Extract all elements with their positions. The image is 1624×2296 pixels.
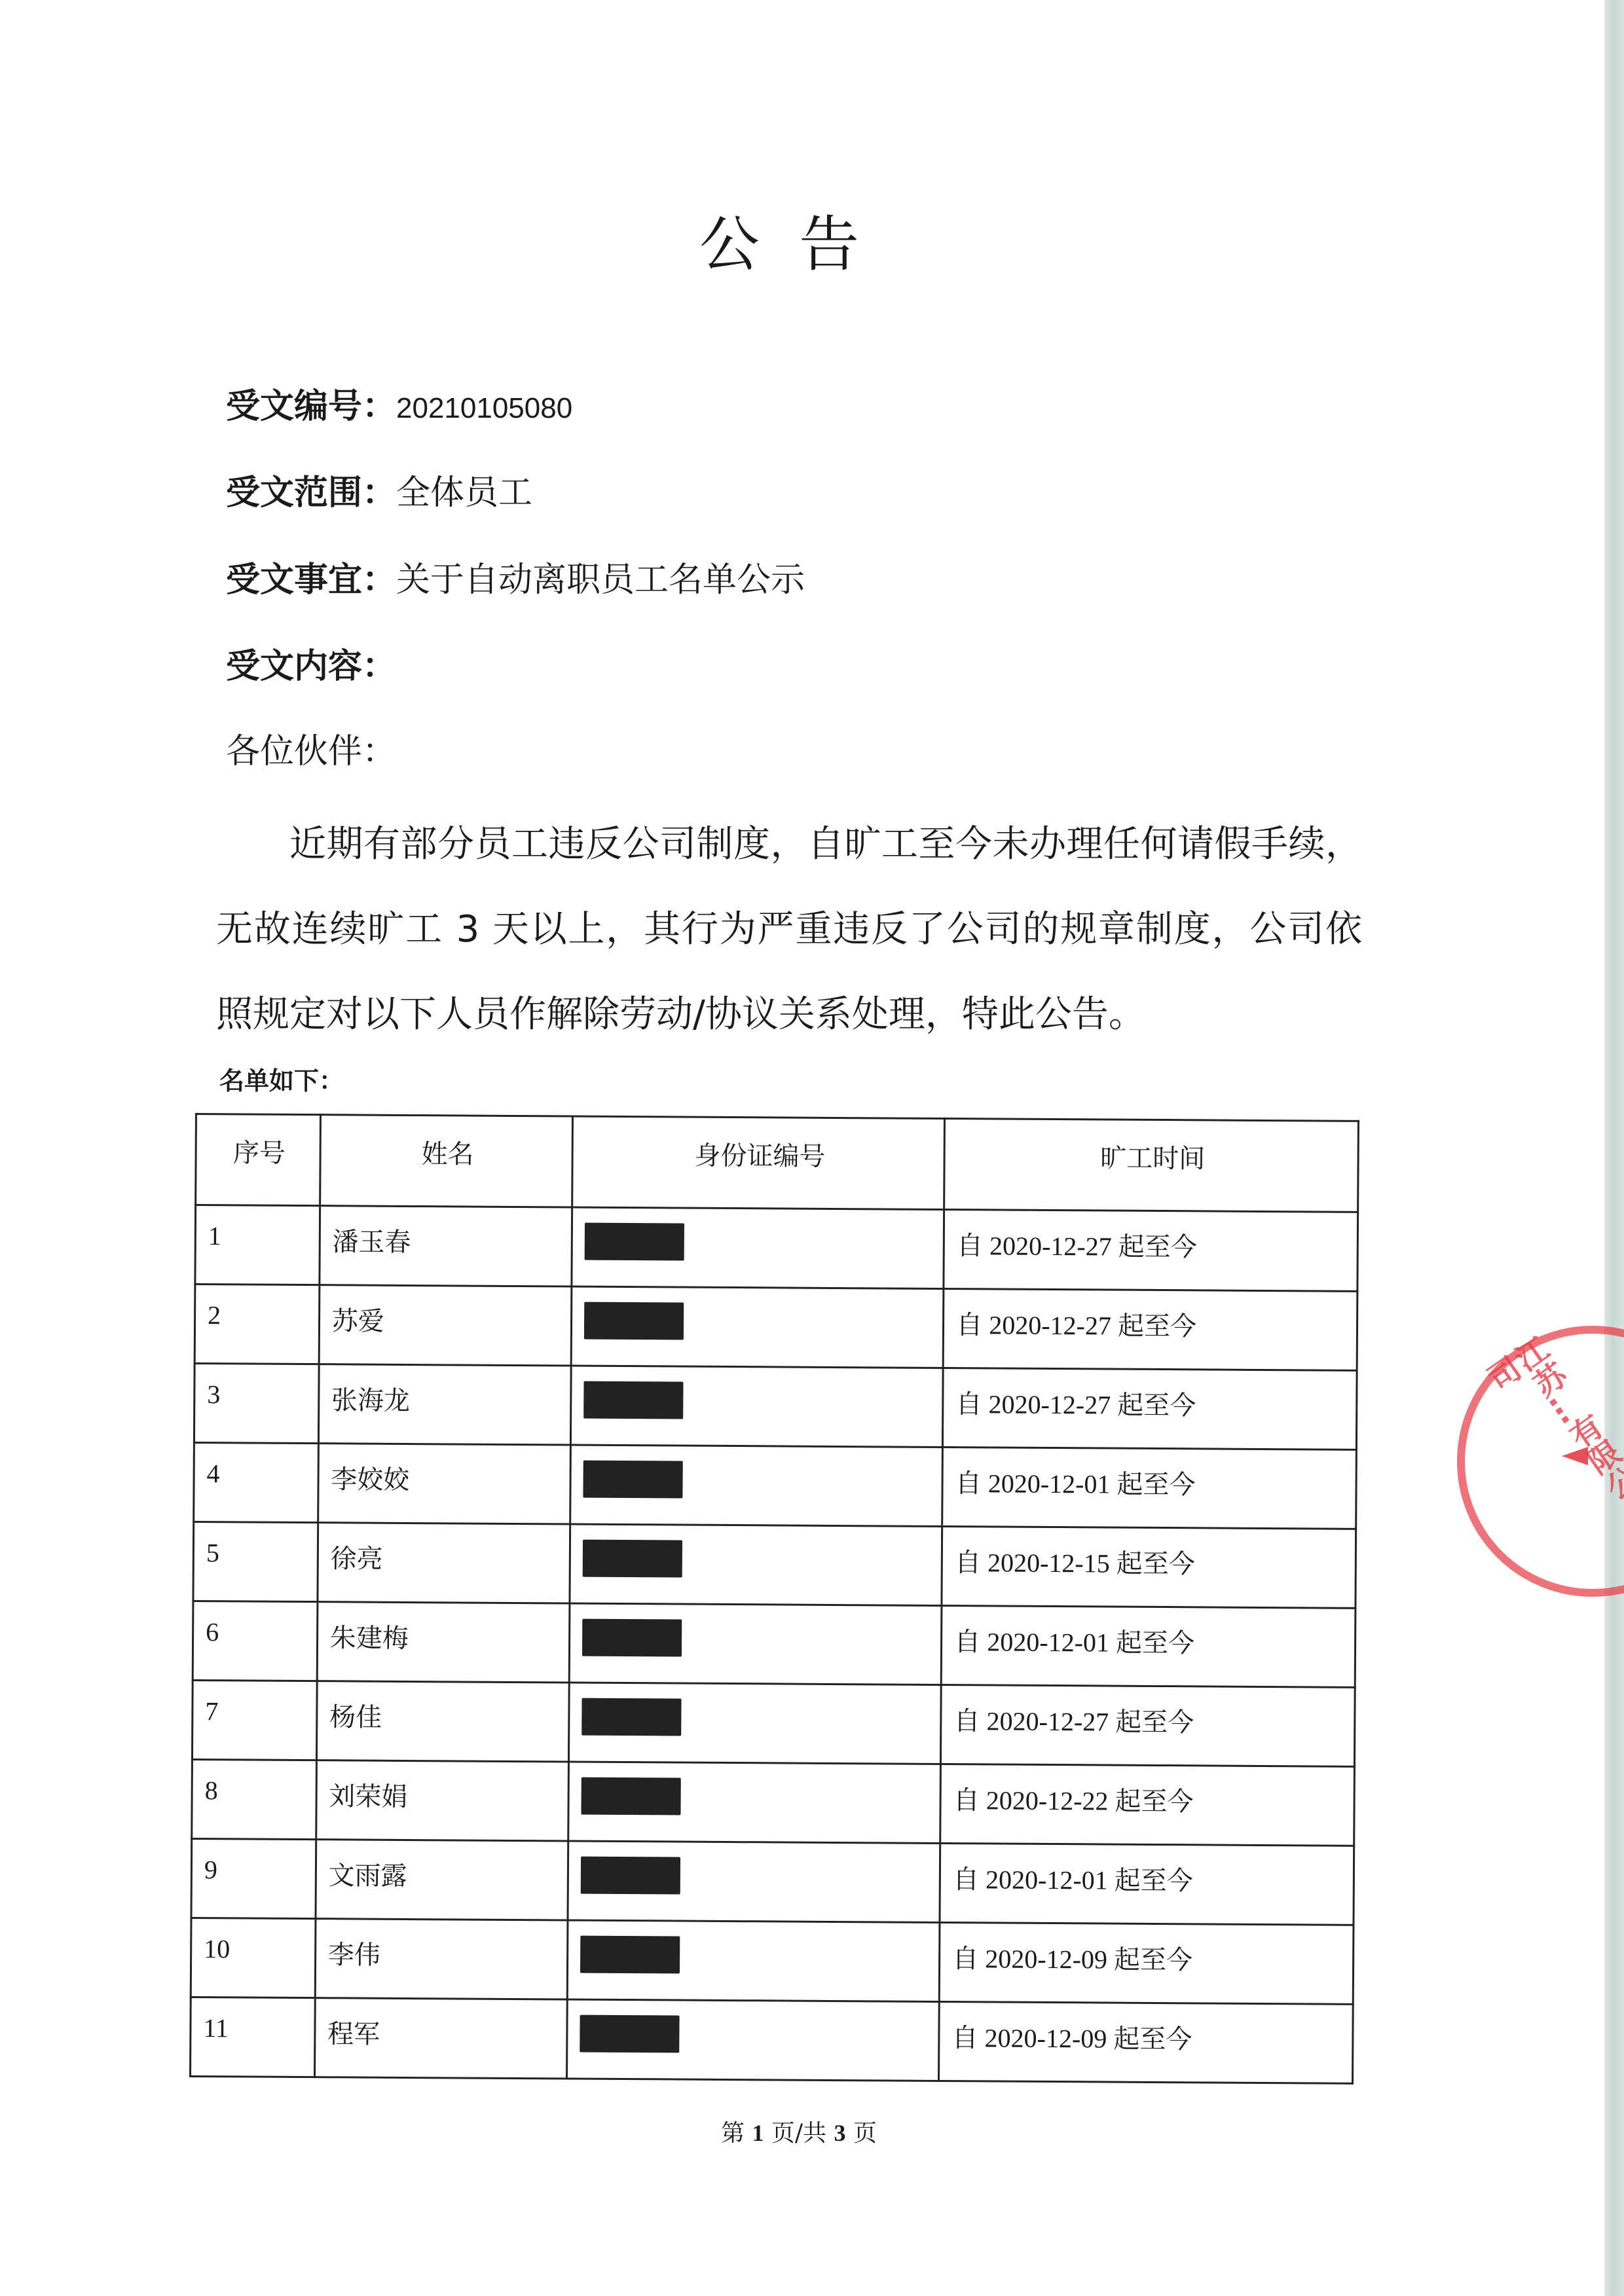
scan-edge-strip — [1604, 0, 1624, 2296]
cell-name-text: 程军 — [327, 2019, 380, 2049]
cell-no: 1 — [195, 1205, 320, 1285]
meta-number: 受文编号：20210105080 — [226, 378, 572, 428]
cell-no: 10 — [191, 1918, 315, 1997]
cell-id-number-text: [已隐去] — [582, 1619, 682, 1657]
cell-no: 5 — [193, 1522, 318, 1601]
cell-absence: 自 2020-12-27 起至今 — [943, 1288, 1357, 1370]
document-title: 公告 — [0, 196, 1598, 283]
cell-id-number-text: [已隐去] — [583, 1540, 682, 1578]
employee-table: 序号 姓名 身份证编号 旷工时间 1潘玉春[已隐去]自 2020-12-27 起… — [189, 1113, 1359, 2085]
cell-no: 8 — [192, 1759, 316, 1839]
cell-name-text: 苏爱 — [332, 1306, 384, 1336]
cell-name-text: 张海龙 — [331, 1385, 410, 1415]
cell-name-text: 朱建梅 — [330, 1623, 409, 1653]
cell-no: 2 — [194, 1285, 319, 1364]
cell-no-text: 11 — [203, 2013, 229, 2043]
cell-absence-text: 自 2020-12-27 起至今 — [956, 1310, 1196, 1341]
meta-scope: 受文范围：全体员工 — [226, 465, 532, 514]
cell-id-number: [已隐去] — [571, 1366, 944, 1447]
cell-name: 程军 — [314, 1998, 567, 2079]
cell-id-number-text: [已隐去] — [581, 1857, 680, 1895]
header-absence: 旷工时间 — [944, 1118, 1359, 1212]
cell-absence-text: 自 2020-12-27 起至今 — [955, 1389, 1196, 1420]
cell-name: 李姣姣 — [318, 1444, 570, 1524]
cell-id-number-text: [已隐去] — [580, 1936, 680, 1974]
footer-suffix: 页 — [853, 2120, 877, 2147]
cell-id-number: [已隐去] — [568, 1762, 941, 1843]
header-id-number: 身份证编号 — [572, 1116, 945, 1209]
cell-no-text: 7 — [205, 1696, 218, 1726]
header-no: 序号 — [196, 1114, 321, 1206]
cell-absence-text: 自 2020-12-01 起至今 — [953, 1865, 1193, 1895]
header-name: 姓名 — [320, 1115, 572, 1207]
meta-scope-label: 受文范围： — [226, 473, 396, 513]
body-paragraph: 近期有部分员工违反公司制度，自旷工至今未办理任何请假手续，无故连续旷工 3 天以… — [216, 802, 1362, 1057]
cell-absence-text: 自 2020-12-27 起至今 — [957, 1231, 1197, 1262]
cell-name-text: 文雨露 — [328, 1861, 407, 1891]
footer-total: 3 — [834, 2120, 846, 2146]
cell-id-number: [已隐去] — [568, 1841, 940, 1922]
table-row: 10李伟[已隐去]自 2020-12-09 起至今 — [191, 1918, 1354, 2004]
meta-subject-label: 受文事宜： — [226, 560, 396, 600]
cell-no-text: 4 — [206, 1459, 219, 1488]
cell-no: 3 — [194, 1364, 318, 1444]
cell-absence-text: 自 2020-12-09 起至今 — [952, 1944, 1192, 1975]
cell-id-number: [已隐去] — [570, 1445, 943, 1526]
cell-name-text: 李伟 — [328, 1940, 380, 1969]
cell-no-text: 2 — [208, 1300, 221, 1330]
cell-absence: 自 2020-12-22 起至今 — [940, 1764, 1354, 1846]
meta-content: 受文内容： — [226, 638, 396, 687]
cell-absence: 自 2020-12-01 起至今 — [940, 1843, 1354, 1925]
cell-name: 杨佳 — [316, 1681, 569, 1762]
cell-absence: 自 2020-12-27 起至今 — [944, 1209, 1357, 1291]
table-row: 4李姣姣[已隐去]自 2020-12-01 起至今 — [194, 1442, 1357, 1529]
cell-name: 徐亮 — [318, 1523, 570, 1603]
meta-scope-value: 全体员工 — [396, 473, 532, 513]
cell-absence-text: 自 2020-12-01 起至今 — [954, 1627, 1194, 1658]
meta-subject: 受文事宜：关于自动离职员工名单公示 — [226, 552, 805, 601]
meta-number-value: 20210105080 — [396, 392, 572, 424]
cell-no-text: 10 — [204, 1934, 230, 1963]
table-body: 1潘玉春[已隐去]自 2020-12-27 起至今2苏爱[已隐去]自 2020-… — [191, 1205, 1358, 2084]
cell-absence-text: 自 2020-12-22 起至今 — [953, 1785, 1194, 1816]
cell-id-number-text: [已隐去] — [585, 1223, 684, 1261]
cell-name-text: 刘荣娟 — [329, 1781, 407, 1812]
greeting: 各位伙伴： — [226, 723, 396, 773]
cell-no-text: 1 — [208, 1221, 221, 1250]
meta-number-label: 受文编号： — [226, 387, 396, 426]
table-header-row: 序号 姓名 身份证编号 旷工时间 — [196, 1114, 1359, 1212]
footer-page: 1 — [752, 2120, 764, 2146]
cell-absence: 自 2020-12-01 起至今 — [941, 1605, 1355, 1687]
cell-no: 6 — [193, 1601, 317, 1681]
meta-subject-value: 关于自动离职员工名单公示 — [396, 560, 805, 600]
cell-id-number: [已隐去] — [568, 1920, 940, 2001]
page-footer: 第 1 页/共 3 页 — [0, 2115, 1598, 2148]
cell-absence-text: 自 2020-12-09 起至今 — [952, 2023, 1192, 2054]
cell-name-text: 徐亮 — [330, 1544, 382, 1573]
meta-content-label: 受文内容： — [226, 647, 396, 686]
table-row: 6朱建梅[已隐去]自 2020-12-01 起至今 — [193, 1601, 1356, 1687]
cell-id-number: [已隐去] — [569, 1683, 942, 1764]
cell-no-text: 3 — [207, 1379, 220, 1409]
table-row: 3张海龙[已隐去]自 2020-12-27 起至今 — [194, 1364, 1357, 1450]
cell-id-number: [已隐去] — [572, 1207, 944, 1288]
cell-no: 7 — [192, 1680, 316, 1760]
table-row: 1潘玉春[已隐去]自 2020-12-27 起至今 — [195, 1205, 1358, 1292]
cell-id-number-text: [已隐去] — [583, 1381, 683, 1419]
cell-absence-text: 自 2020-12-27 起至今 — [953, 1706, 1194, 1737]
cell-id-number-text: [已隐去] — [580, 2015, 680, 2053]
cell-name: 苏爱 — [319, 1285, 572, 1366]
table-row: 7杨佳[已隐去]自 2020-12-27 起至今 — [192, 1680, 1355, 1766]
cell-id-number-text: [已隐去] — [582, 1698, 682, 1736]
cell-no: 9 — [191, 1838, 316, 1918]
cell-id-number-text: [已隐去] — [583, 1461, 683, 1499]
table-row: 5徐亮[已隐去]自 2020-12-15 起至今 — [193, 1522, 1356, 1608]
footer-prefix: 第 — [721, 2120, 745, 2147]
cell-no: 11 — [191, 1997, 315, 2077]
cell-absence: 自 2020-12-27 起至今 — [941, 1685, 1355, 1766]
cell-id-number: [已隐去] — [570, 1524, 942, 1605]
cell-absence: 自 2020-12-27 起至今 — [943, 1368, 1357, 1449]
footer-middle: 页/共 — [771, 2120, 826, 2147]
cell-name: 朱建梅 — [317, 1602, 570, 1683]
cell-absence-text: 自 2020-12-01 起至今 — [955, 1468, 1196, 1499]
list-label: 名单如下： — [219, 1061, 344, 1097]
table-row: 2苏爱[已隐去]自 2020-12-27 起至今 — [194, 1285, 1357, 1371]
cell-absence: 自 2020-12-09 起至今 — [939, 2001, 1353, 2083]
cell-absence: 自 2020-12-09 起至今 — [939, 1922, 1353, 2004]
cell-name: 刘荣娟 — [316, 1760, 568, 1841]
cell-id-number-text: [已隐去] — [581, 1777, 681, 1815]
cell-name: 张海龙 — [318, 1364, 571, 1445]
cell-no-text: 9 — [204, 1855, 217, 1884]
cell-name-text: 杨佳 — [329, 1702, 382, 1732]
cell-absence-text: 自 2020-12-15 起至今 — [955, 1548, 1195, 1578]
cell-no-text: 6 — [206, 1617, 219, 1647]
cell-name-text: 李姣姣 — [331, 1465, 409, 1495]
cell-absence: 自 2020-12-01 起至今 — [942, 1447, 1356, 1529]
cell-id-number-text: [已隐去] — [584, 1302, 684, 1340]
table-row: 11程军[已隐去]自 2020-12-09 起至今 — [191, 1997, 1354, 2083]
cell-name: 潘玉春 — [320, 1206, 572, 1286]
cell-name-text: 潘玉春 — [332, 1227, 411, 1257]
cell-no-text: 8 — [205, 1776, 218, 1805]
cell-no: 4 — [194, 1442, 318, 1522]
cell-absence: 自 2020-12-15 起至今 — [942, 1526, 1356, 1608]
cell-no-text: 5 — [206, 1538, 219, 1567]
cell-id-number: [已隐去] — [567, 1999, 940, 2081]
cell-id-number: [已隐去] — [571, 1286, 944, 1368]
table-row: 9文雨露[已隐去]自 2020-12-01 起至今 — [191, 1838, 1354, 1925]
cell-name: 文雨露 — [316, 1840, 568, 1920]
cell-id-number: [已隐去] — [570, 1603, 942, 1685]
table-row: 8刘荣娟[已隐去]自 2020-12-22 起至今 — [192, 1759, 1355, 1846]
cell-name: 李伟 — [315, 1919, 568, 1999]
